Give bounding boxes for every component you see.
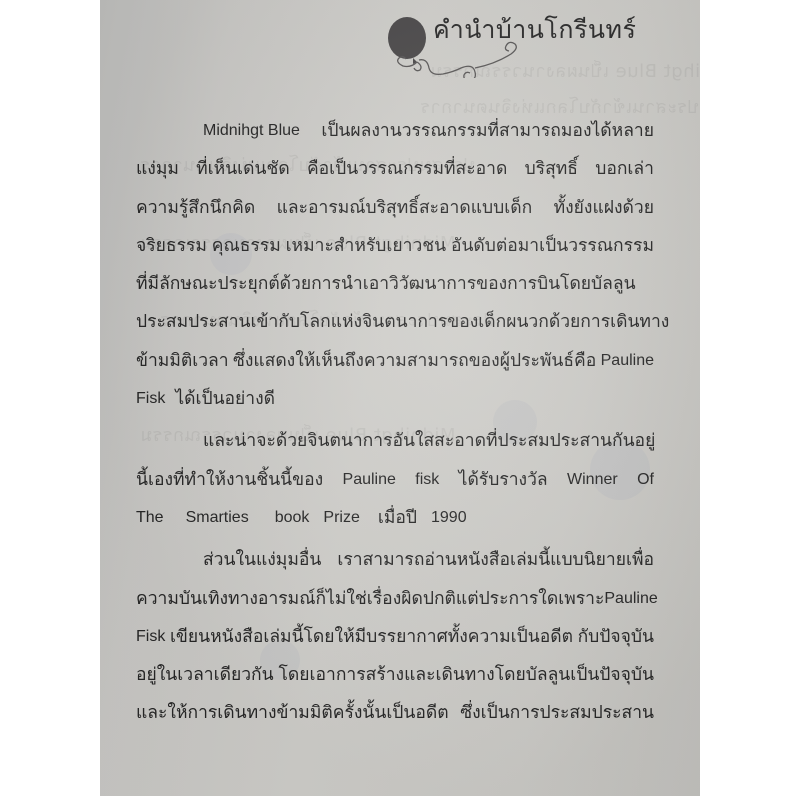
text-span: ซึ่งเป็นการประสมประสาน	[460, 694, 654, 732]
text-line: Fisk เขียนหนังสือเล่มนี้โดยให้มีบรรยากาศ…	[136, 618, 654, 656]
text-span: บริสุทธิ์	[525, 150, 578, 188]
text-line: ประสมประสานเข้ากับโลกแห่งจินตนาการของเด็…	[136, 303, 654, 341]
text-line: นี้เองที่ทำให้งานชิ้นนี้ของ Pauline fisk…	[136, 461, 654, 499]
text-span: บอกเล่า	[595, 150, 654, 188]
text-span: ความรู้สึกนึกคิด	[136, 189, 255, 227]
text-line: ที่มีลักษณะประยุกต์ด้วยการนำเอาวิวัฒนากา…	[136, 265, 654, 303]
text-line: อยู่ในเวลาเดียวกัน โดยเอาการสร้างและเดิน…	[136, 656, 654, 694]
text-span: ส่วนในแง่มุมอื่น	[203, 541, 321, 579]
text-line: และให้การเดินทางข้ามมิติครั้งนั้นเป็นอดี…	[136, 694, 654, 732]
body-text: Midnihgt Blue เป็นผลงานวรรณกรรมที่สามารถ…	[136, 112, 654, 733]
text-span: เป็นผลงานวรรณกรรมที่สามารถมองได้หลาย	[321, 112, 654, 150]
text-span: นี้เองที่ทำให้งานชิ้นนี้ของ	[136, 461, 323, 499]
text-span: จริยธรรม	[136, 227, 207, 265]
text-line: จริยธรรม คุณธรรม เหมาะสำหรับเยาวชน อันดั…	[136, 227, 654, 265]
text-span: แง่มุม	[136, 150, 179, 188]
text-span: ประสมประสานเข้ากับโลกแห่งจินตนาการของเด็…	[136, 303, 506, 341]
text-span: 1990	[431, 499, 467, 537]
text-span: ที่มีลักษณะประยุกต์ด้วยการนำเอาวิวัฒนากา…	[136, 265, 636, 303]
text-span: และอารมณ์บริสุทธิ์สะอาดแบบเด็ก	[277, 189, 533, 227]
text-span: ทั้งยังแฝงด้วย	[554, 189, 654, 227]
text-span: คือเป็นวรรณกรรมที่สะอาด	[307, 150, 507, 188]
text-span: Smarties	[186, 499, 249, 537]
text-span: เขียนหนังสือเล่มนี้โดยให้มีบรรยากาศทั้งค…	[170, 618, 573, 656]
text-line: ความรู้สึกนึกคิด และอารมณ์บริสุทธิ์สะอาด…	[136, 189, 654, 227]
text-span: Fisk	[136, 618, 165, 656]
text-line: ส่วนในแง่มุมอื่น เราสามารถอ่านหนังสือเล่…	[136, 541, 654, 579]
text-span: Of	[637, 461, 654, 499]
text-span: Prize	[323, 499, 359, 537]
text-span: fisk	[415, 461, 439, 499]
text-line: แง่มุม ที่เห็นเด่นชัด คือเป็นวรรณกรรมที่…	[136, 150, 654, 188]
photo-canvas: Midnihgt Blue เป็นผลงานวรรณกรรม ประสมประ…	[0, 0, 800, 800]
text-span: ที่เห็นเด่นชัด	[196, 150, 290, 188]
text-span: คุณธรรม	[212, 227, 281, 265]
text-span: เมื่อปี	[378, 499, 417, 537]
text-span: โดยเอาการสร้างและเดินทางโดยบัลลูนเป็นปัจ…	[278, 656, 654, 694]
text-span: The	[136, 499, 164, 537]
text-span: อันดับต่อมาเป็นวรรณกรรม	[451, 227, 654, 265]
text-span: เพราะ	[558, 580, 604, 618]
text-span: Midnihgt Blue	[203, 112, 300, 150]
text-span: Pauline	[601, 342, 654, 380]
text-span: Fisk	[136, 380, 165, 418]
text-span: อยู่ในเวลาเดียวกัน	[136, 656, 274, 694]
text-span: และน่าจะด้วยจินตนาการอันใสสะอาดที่ประสมป…	[203, 422, 655, 460]
text-span: ข้ามมิติเวลา	[136, 342, 229, 380]
text-span: และให้การเดินทางข้ามมิติครั้งนั้นเป็นอดี…	[136, 694, 449, 732]
text-span: Pauline	[343, 461, 396, 499]
text-span: ได้รับรางวัล	[459, 461, 548, 499]
text-line: The Smarties book Prize เมื่อปี 1990	[136, 499, 654, 537]
text-line: Fisk ได้เป็นอย่างดี	[136, 380, 654, 418]
text-span: เราสามารถอ่านหนังสือเล่มนี้แบบนิยายเพื่อ	[337, 541, 654, 579]
page-heading: คำนำบ้านโกรีนทร์	[433, 10, 636, 50]
text-span: ได้เป็นอย่างดี	[175, 380, 275, 418]
text-line: ข้ามมิติเวลา ซึ่งแสดงให้เห็นถึงความสามาร…	[136, 342, 654, 380]
text-span: เหมาะสำหรับเยาวชน	[286, 227, 447, 265]
text-line: และน่าจะด้วยจินตนาการอันใสสะอาดที่ประสมป…	[136, 422, 654, 460]
page-heading-block: คำนำบ้านโกรีนทร์	[363, 8, 663, 78]
text-span: ผนวกด้วยการเดินทาง	[506, 303, 669, 341]
book-page: Midnihgt Blue เป็นผลงานวรรณกรรม ประสมประ…	[100, 0, 700, 796]
text-line: ความบันเทิงทางอารมณ์ก็ไม่ใช่เรื่องผิดปกต…	[136, 580, 654, 618]
text-span: ซึ่งแสดงให้เห็นถึงความสามารถของผู้ประพัน…	[233, 342, 596, 380]
text-span: book	[275, 499, 310, 537]
text-span: Pauline	[604, 580, 657, 618]
text-line: Midnihgt Blue เป็นผลงานวรรณกรรมที่สามารถ…	[136, 112, 654, 150]
text-span: กับปัจจุบัน	[578, 618, 654, 656]
text-span: ความบันเทิงทางอารมณ์ก็ไม่ใช่เรื่องผิดปกต…	[136, 580, 558, 618]
text-span: Winner	[567, 461, 618, 499]
